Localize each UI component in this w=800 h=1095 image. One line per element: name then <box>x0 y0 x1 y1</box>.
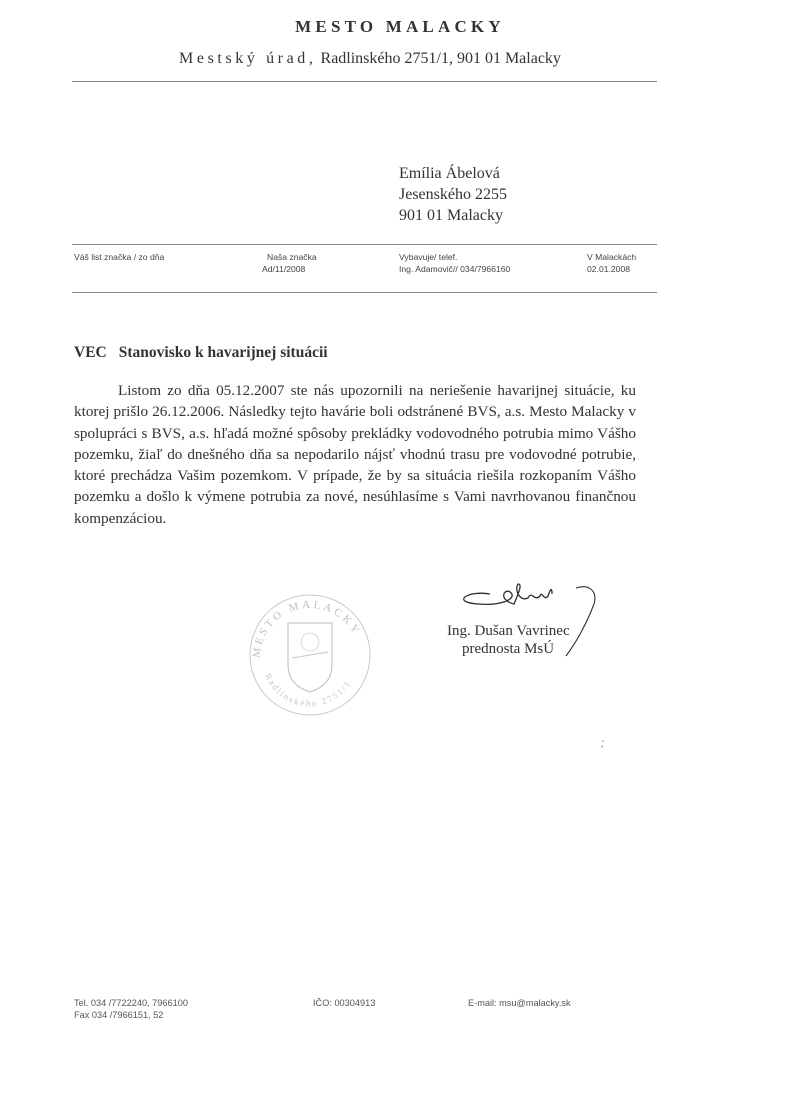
signatory-title: prednosta MsÚ <box>462 641 554 658</box>
office-name: Mestský úrad, <box>179 50 316 67</box>
official-stamp-icon: MESTO MALACKY Radlinského 2751/1 <box>240 590 380 720</box>
your-letter-label: Váš list značka / zo dňa <box>74 251 164 263</box>
signatory-name: Ing. Dušan Vavrinec <box>447 622 570 641</box>
reference-divider-bottom <box>72 292 657 293</box>
recipient-name: Emília Ábelová <box>399 163 507 184</box>
subject-text: Stanovisko k havarijnej situácii <box>119 344 328 361</box>
date-value: 02.01.2008 <box>587 263 636 275</box>
your-letter-ref: Váš list značka / zo dňa <box>74 251 164 263</box>
stamp-text-top: MESTO MALACKY <box>251 599 363 659</box>
scan-speck <box>601 745 603 748</box>
recipient-address: Emília Ábelová Jesenského 2255 901 01 Ma… <box>399 163 507 226</box>
header-divider <box>72 81 657 82</box>
subject-line: VECStanovisko k havarijnej situácii <box>74 344 328 362</box>
letterhead-subtitle: Mestský úrad, Radlinského 2751/1, 901 01… <box>0 50 740 68</box>
stamp-text-bottom: Radlinského 2751/1 <box>263 672 353 709</box>
letter-body: Listom zo dňa 05.12.2007 ste nás upozorn… <box>74 380 636 529</box>
svg-text:MESTO MALACKY: MESTO MALACKY <box>251 599 363 659</box>
handled-by: Vybavuje/ telef. Ing. Adamovič// 034/796… <box>399 251 510 275</box>
reference-divider-top <box>72 244 657 245</box>
place-label: V Malackách <box>587 251 636 263</box>
footer-fax: Fax 034 /7966151, 52 <box>74 1009 188 1021</box>
our-ref-label: Naša značka <box>262 251 317 263</box>
handled-by-label: Vybavuje/ telef. <box>399 251 510 263</box>
scan-speck <box>602 740 604 742</box>
footer-phone-fax: Tel. 034 /7722240, 7966100 Fax 034 /7966… <box>74 997 188 1021</box>
handled-by-value: Ing. Adamovič// 034/7966160 <box>399 263 510 275</box>
subject-label: VEC <box>74 344 107 361</box>
footer-tel: Tel. 034 /7722240, 7966100 <box>74 997 188 1009</box>
svg-text:Radlinského 2751/1: Radlinského 2751/1 <box>263 672 353 709</box>
footer-ico: IČO: 00304913 <box>313 997 375 1009</box>
footer-email[interactable]: E-mail: msu@malacky.sk <box>468 997 571 1009</box>
our-ref: Naša značka Ad/11/2008 <box>262 251 317 275</box>
our-ref-value: Ad/11/2008 <box>262 263 317 275</box>
recipient-street: Jesenského 2255 <box>399 184 507 205</box>
letterhead-title: MESTO MALACKY <box>0 17 800 37</box>
place-date: V Malackách 02.01.2008 <box>587 251 636 275</box>
office-address: Radlinského 2751/1, 901 01 Malacky <box>317 50 561 67</box>
recipient-city: 901 01 Malacky <box>399 205 507 226</box>
